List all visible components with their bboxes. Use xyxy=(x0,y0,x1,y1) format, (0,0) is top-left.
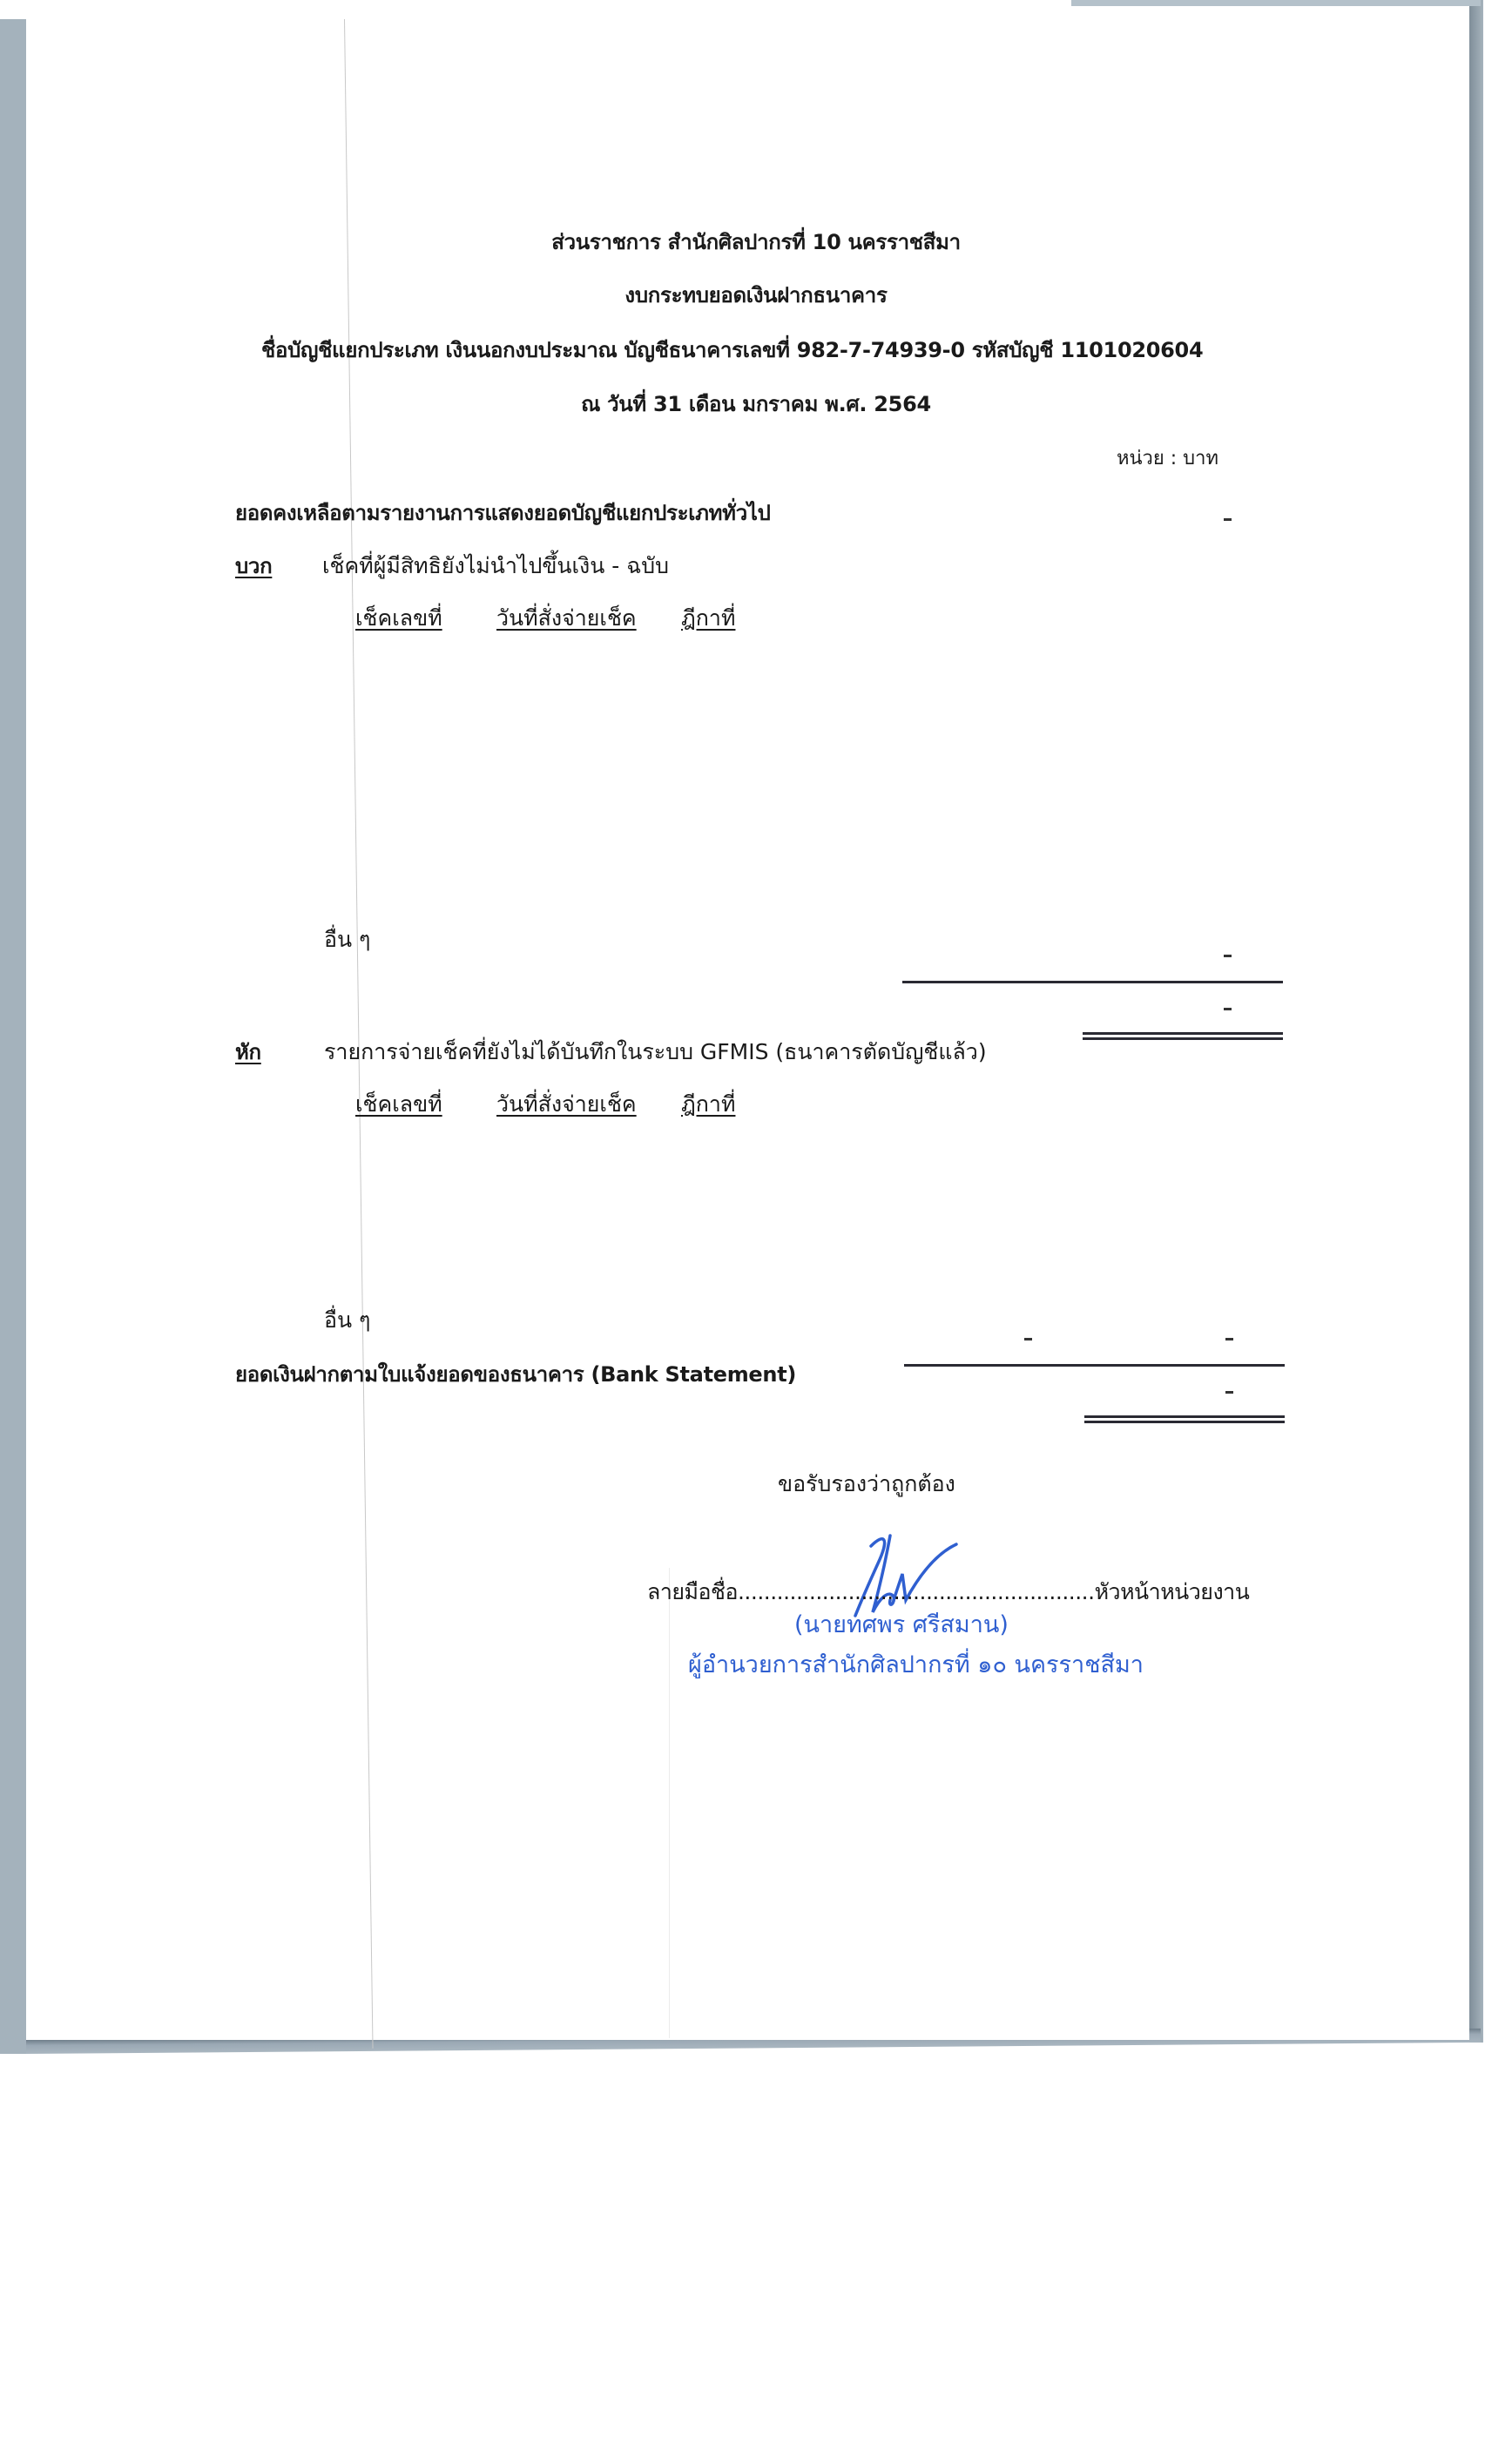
subtotal-rule xyxy=(904,1364,1285,1367)
column-cheque-date: วันที่สั่งจ่ายเช็ค xyxy=(496,604,637,632)
deduct-description: รายการจ่ายเช็คที่ยังไม่ได้บันทึกในระบบ G… xyxy=(324,1038,987,1066)
account-info: ชื่อบัญชีแยกประเภท เงินนอกงบประมาณ บัญชี… xyxy=(261,336,1203,364)
deduct-label: หัก xyxy=(235,1038,261,1066)
statement-date: ณ วันที่ 31 เดือน มกราคม พ.ศ. 2564 xyxy=(0,390,1512,418)
handwritten-signature xyxy=(836,1529,967,1624)
column-cheque-date: วันที่สั่งจ่ายเช็ค xyxy=(496,1091,637,1118)
bank-statement-amount xyxy=(1225,1391,1233,1394)
add-other-label: อื่น ๆ xyxy=(324,926,370,954)
deduct-other-amount-1 xyxy=(1024,1338,1032,1340)
column-cheque-number: เช็คเลขที่ xyxy=(355,604,442,632)
scanner-edge-top xyxy=(1071,0,1481,6)
column-voucher-number: ฎีกาที่ xyxy=(681,604,735,632)
ledger-balance-amount xyxy=(1224,518,1232,521)
ledger-balance-label: ยอดคงเหลือตามรายงานการแสดงยอดบัญชีแยกประ… xyxy=(235,499,771,527)
add-description: เช็คที่ผู้มีสิทธิยังไม่นำไปขึ้นเงิน - ฉบ… xyxy=(322,552,669,580)
signer-title: ผู้อำนวยการสำนักศิลปากรที่ ๑๐ นครราชสีมา xyxy=(688,1651,1144,1679)
total-double-rule xyxy=(1084,1415,1285,1423)
deduct-other-label: อื่น ๆ xyxy=(324,1307,370,1334)
signer-name: (นายทศพร ศรีสมาน) xyxy=(794,1611,1009,1639)
paper-fold-line xyxy=(669,1568,670,2038)
signer-role: หัวหน้าหน่วยงาน xyxy=(1095,1579,1250,1604)
subtotal-rule xyxy=(902,981,1283,983)
agency-title: ส่วนราชการ สำนักศิลปากรที่ 10 นครราชสีมา xyxy=(0,228,1512,256)
column-cheque-number: เช็คเลขที่ xyxy=(355,1091,442,1118)
add-label: บวก xyxy=(235,552,272,580)
total-double-rule xyxy=(1083,1032,1283,1040)
add-other-amount xyxy=(1224,955,1232,957)
document-page xyxy=(26,19,1469,2040)
signature-prefix: ลายมือชื่อ..............................… xyxy=(647,1579,1095,1604)
currency-unit: หน่วย : บาท xyxy=(1117,445,1218,473)
certification-statement: ขอรับรองว่าถูกต้อง xyxy=(778,1470,955,1498)
signature-line: ลายมือชื่อ..............................… xyxy=(647,1578,1249,1606)
bank-statement-label: ยอดเงินฝากตามใบแจ้งยอดของธนาคาร (Bank St… xyxy=(235,1361,796,1388)
deduct-other-amount-2 xyxy=(1225,1338,1233,1340)
column-voucher-number: ฎีกาที่ xyxy=(681,1091,735,1118)
document-title: งบกระทบยอดเงินฝากธนาคาร xyxy=(0,281,1512,309)
add-subtotal-amount xyxy=(1224,1008,1232,1010)
scanner-edge-left xyxy=(0,19,26,2054)
